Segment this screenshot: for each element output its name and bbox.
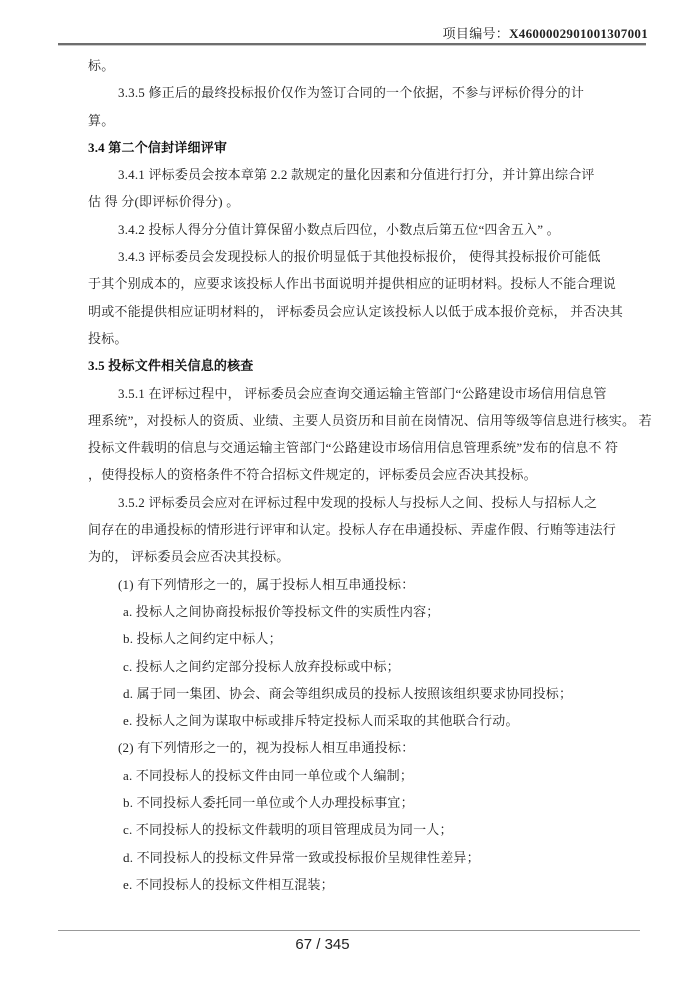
document-line: d. 属于同一集团、协会、商会等组织成员的投标人按照该组织要求协同投标； <box>88 680 613 707</box>
section-heading: 3.5 投标文件相关信息的核查 <box>88 352 613 379</box>
document-line: ，使得投标人的资格条件不符合招标文件规定的，评标委员会应否决其投标。 <box>88 461 613 488</box>
document-line: 间存在的串通投标的情形进行评审和认定。投标人存在串通投标、弄虚作假、行贿等违法行 <box>88 516 613 543</box>
document-line: 算。 <box>88 107 613 134</box>
document-line: b. 投标人之间约定中标人； <box>88 625 613 652</box>
document-line: 理系统”，对投标人的资质、业绩、主要人员资历和目前在岗情况、信用等级等信息进行核… <box>88 407 613 434</box>
document-line: 明或不能提供相应证明材料的， 评标委员会应认定该投标人以低于成本报价竞标， 并否… <box>88 298 613 325</box>
document-line: c. 不同投标人的投标文件载明的项目管理成员为同一人； <box>88 816 613 843</box>
document-line: 3.3.5 修正后的最终投标报价仅作为签订合同的一个依据，不参与评标价得分的计 <box>88 79 613 106</box>
document-line: 投标。 <box>88 325 613 352</box>
project-number-value: X4600002901001307001 <box>509 26 648 41</box>
document-line: 3.4.1 评标委员会按本章第 2.2 款规定的量化因素和分值进行打分，并计算出… <box>88 161 613 188</box>
project-number-label: 项目编号： <box>443 26 510 41</box>
document-line: e. 不同投标人的投标文件相互混装； <box>88 871 613 898</box>
document-line: 于其个别成本的，应要求该投标人作出书面说明并提供相应的证明材料。投标人不能合理说 <box>88 270 613 297</box>
document-line: (1) 有下列情形之一的，属于投标人相互串通投标： <box>88 571 613 598</box>
document-line: 标。 <box>88 52 613 79</box>
document-line: b. 不同投标人委托同一单位或个人办理投标事宜； <box>88 789 613 816</box>
header-rule <box>58 43 646 46</box>
document-line: d. 不同投标人的投标文件异常一致或投标报价呈规律性差异； <box>88 844 613 871</box>
page-indicator: 67 / 345 <box>0 936 645 953</box>
document-line: 3.4.3 评标委员会发现投标人的报价明显低于其他投标报价， 使得其投标报价可能… <box>88 243 613 270</box>
document-line: c. 投标人之间约定部分投标人放弃投标或中标； <box>88 653 613 680</box>
project-number: 项目编号：X4600002901001307001 <box>443 23 648 42</box>
document-body: 标。3.3.5 修正后的最终投标报价仅作为签订合同的一个依据，不参与评标价得分的… <box>88 52 613 898</box>
document-line: e. 投标人之间为谋取中标或排斥特定投标人而采取的其他联合行动。 <box>88 707 613 734</box>
document-line: (2) 有下列情形之一的，视为投标人相互串通投标： <box>88 734 613 761</box>
footer-rule <box>58 930 640 931</box>
document-page: 项目编号：X4600002901001307001 标。3.3.5 修正后的最终… <box>0 0 700 989</box>
document-line: 估 得 分(即评标价得分) 。 <box>88 188 613 215</box>
document-line: 3.5.2 评标委员会应对在评标过程中发现的投标人与投标人之间、投标人与招标人之 <box>88 489 613 516</box>
document-line: 3.5.1 在评标过程中， 评标委员会应查询交通运输主管部门“公路建设市场信用信… <box>88 380 613 407</box>
section-heading: 3.4 第二个信封详细评审 <box>88 134 613 161</box>
document-line: 3.4.2 投标人得分分值计算保留小数点后四位，小数点后第五位“四舍五入” 。 <box>88 216 613 243</box>
document-line: 为的， 评标委员会应否决其投标。 <box>88 543 613 570</box>
document-line: a. 投标人之间协商投标报价等投标文件的实质性内容； <box>88 598 613 625</box>
document-line: 投标文件载明的信息与交通运输主管部门“公路建设市场信用信息管理系统”发布的信息不… <box>88 434 613 461</box>
document-line: a. 不同投标人的投标文件由同一单位或个人编制； <box>88 762 613 789</box>
